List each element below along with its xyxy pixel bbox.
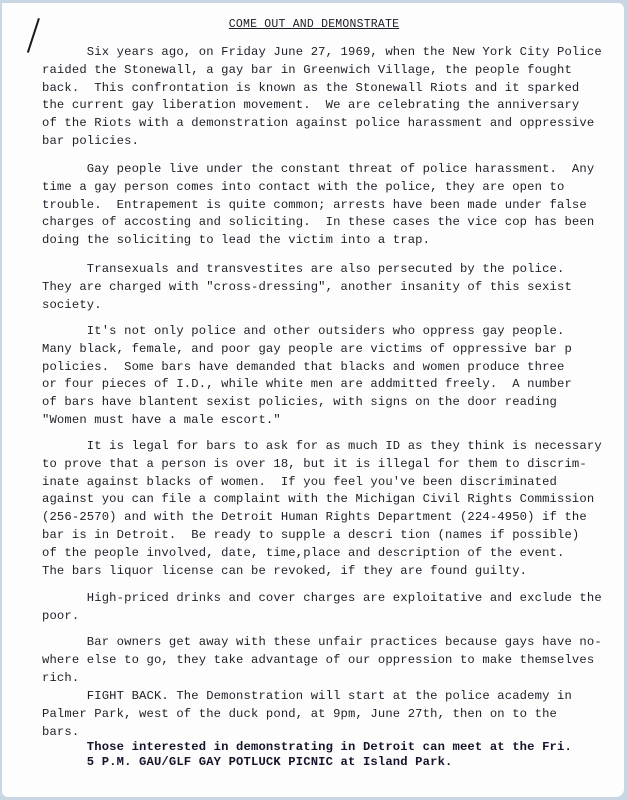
text-line: policies. Some bars have demanded that b… xyxy=(42,359,622,377)
text-line: bar is in Detroit. Be ready to supple a … xyxy=(42,527,622,545)
text-line: where else to go, they take advantage of… xyxy=(42,652,622,670)
text-line: Those interested in demonstrating in Det… xyxy=(42,740,622,755)
text-line: raided the Stonewall, a gay bar in Green… xyxy=(42,62,622,80)
text-line: to prove that a person is over 18, but i… xyxy=(42,456,622,474)
text-line: of the Riots with a demonstration agains… xyxy=(42,115,622,133)
paragraph-police-harassment: Gay people live under the constant threa… xyxy=(42,161,622,250)
document-title: COME OUT AND DEMONSTRATE xyxy=(0,18,628,31)
text-line: inate against blacks of women. If you fe… xyxy=(42,474,622,492)
text-line: bar policies. xyxy=(42,133,622,151)
text-line: The bars liquor license can be revoked, … xyxy=(42,563,622,581)
title-text: COME OUT AND DEMONSTRATE xyxy=(229,18,399,31)
footer-note: Those interested in demonstrating in Det… xyxy=(42,740,622,770)
paragraph-transvestites: Transexuals and transvestites are also p… xyxy=(42,261,622,314)
text-line: poor. xyxy=(42,608,622,626)
text-line: Six years ago, on Friday June 27, 1969, … xyxy=(42,44,622,62)
text-line: High-priced drinks and cover charges are… xyxy=(42,590,622,608)
text-line: Transexuals and transvestites are also p… xyxy=(42,261,622,279)
text-line: time a gay person comes into contact wit… xyxy=(42,179,622,197)
text-line: the current gay liberation movement. We … xyxy=(42,97,622,115)
text-line: bars. xyxy=(42,724,622,742)
text-line: of the people involved, date, time,place… xyxy=(42,545,622,563)
text-line: FIGHT BACK. The Demonstration will start… xyxy=(42,688,622,706)
text-line: "Women must have a male escort." xyxy=(42,412,622,430)
text-line: Gay people live under the constant threa… xyxy=(42,161,622,179)
text-line: of bars have blantent sexist policies, w… xyxy=(42,394,622,412)
text-line: trouble. Entrapement is quite common; ar… xyxy=(42,197,622,215)
paragraph-bar-owners: Bar owners get away with these unfair pr… xyxy=(42,634,622,687)
text-line: It's not only police and other outsiders… xyxy=(42,323,622,341)
text-line: or four pieces of I.D., while white men … xyxy=(42,376,622,394)
text-line: Palmer Park, west of the duck pond, at 9… xyxy=(42,706,622,724)
paragraph-fight-back: FIGHT BACK. The Demonstration will start… xyxy=(42,688,622,741)
text-line: Many black, female, and poor gay people … xyxy=(42,341,622,359)
text-line: It is legal for bars to ask for as much … xyxy=(42,438,622,456)
text-line: (256-2570) and with the Detroit Human Ri… xyxy=(42,509,622,527)
paragraph-stonewall: Six years ago, on Friday June 27, 1969, … xyxy=(42,44,622,151)
text-line: They are charged with "cross-dressing", … xyxy=(42,279,622,297)
text-line: 5 P.M. GAU/GLF GAY POTLUCK PICNIC at Isl… xyxy=(42,755,622,770)
paragraph-bar-policies: It's not only police and other outsiders… xyxy=(42,323,622,430)
text-line: doing the soliciting to lead the victim … xyxy=(42,232,622,250)
text-line: charges of accosting and soliciting. In … xyxy=(42,214,622,232)
text-line: against you can file a complaint with th… xyxy=(42,491,622,509)
paragraph-id-legality: It is legal for bars to ask for as much … xyxy=(42,438,622,580)
text-line: back. This confrontation is known as the… xyxy=(42,80,622,98)
paragraph-prices: High-priced drinks and cover charges are… xyxy=(42,590,622,626)
text-line: society. xyxy=(42,297,622,315)
text-line: rich. xyxy=(42,670,622,688)
text-line: Bar owners get away with these unfair pr… xyxy=(42,634,622,652)
